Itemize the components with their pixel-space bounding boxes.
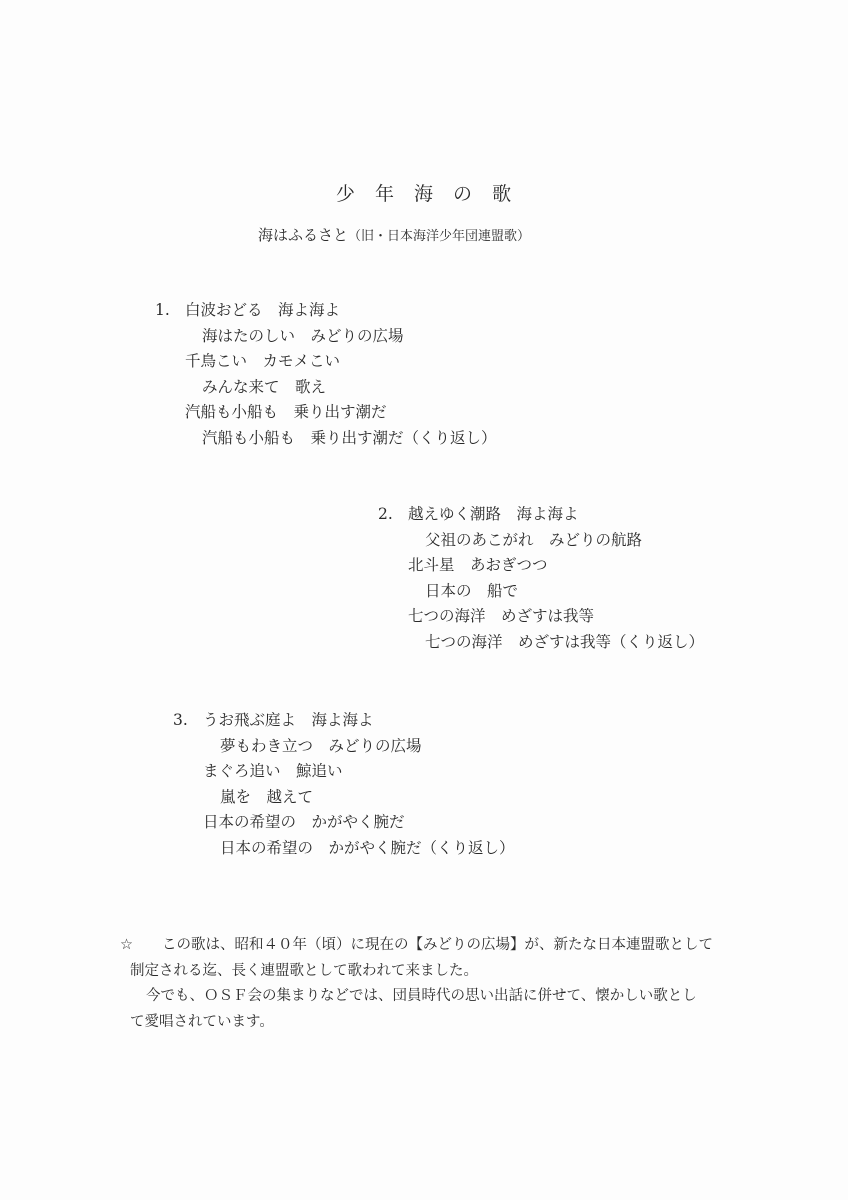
- verse-line: 嵐を 越えて: [173, 785, 515, 811]
- verse-line: 汽船も小船も 乗り出す潮だ: [155, 400, 497, 426]
- verse-line: 父祖のあこがれ みどりの航路: [378, 528, 704, 554]
- verse-line: 七つの海洋 めざすは我等（くり返し）: [378, 630, 704, 656]
- verse-line: 汽船も小船も 乗り出す潮だ（くり返し）: [155, 426, 497, 452]
- song-subtitle: 海はふるさと（旧・日本海洋少年団連盟歌）: [258, 224, 530, 245]
- song-title: 少 年 海 の 歌: [0, 179, 848, 206]
- verse-line: 2.越えゆく潮路 海よ海よ: [378, 502, 704, 528]
- document-page: 少 年 海 の 歌 海はふるさと（旧・日本海洋少年団連盟歌） 1.白波おどる 海…: [0, 0, 848, 1200]
- verse-line: みんな来て 歌え: [155, 375, 497, 401]
- note-line: て愛唱されています。: [120, 1010, 740, 1036]
- note-line: ☆この歌は、昭和４０年（頃）に現在の【みどりの広場】が、新たな日本連盟歌として: [120, 933, 740, 959]
- verse-line: 七つの海洋 めざすは我等: [378, 604, 704, 630]
- verse-line: 北斗星 あおぎつつ: [378, 553, 704, 579]
- verse-line: 3.うお飛ぶ庭よ 海よ海よ: [173, 708, 515, 734]
- star-icon: ☆: [120, 933, 150, 959]
- verse-number: 1.: [155, 298, 185, 324]
- verse-line: 日本の希望の かがやく腕だ（くり返し）: [173, 836, 515, 862]
- verse-3: 3.うお飛ぶ庭よ 海よ海よ 夢もわき立つ みどりの広場 まぐろ追い 鯨追い 嵐を…: [173, 708, 515, 861]
- verse-line: 海はたのしい みどりの広場: [155, 324, 497, 350]
- verse-number: 2.: [378, 502, 408, 528]
- verse-1: 1.白波おどる 海よ海よ 海はたのしい みどりの広場 千鳥こい カモメこい みん…: [155, 298, 497, 451]
- subtitle-note: （旧・日本海洋少年団連盟歌）: [348, 229, 530, 244]
- verse-line: 千鳥こい カモメこい: [155, 349, 497, 375]
- note-line: 今でも、ＯＳＦ会の集まりなどでは、団員時代の思い出話に併せて、懐かしい歌とし: [120, 984, 740, 1010]
- verse-line: 日本の希望の かがやく腕だ: [173, 810, 515, 836]
- note-line: 制定される迄、長く連盟歌として歌われて来ました。: [120, 959, 740, 985]
- verse-line: まぐろ追い 鯨追い: [173, 759, 515, 785]
- verse-line: 日本の 船で: [378, 579, 704, 605]
- verse-line: 夢もわき立つ みどりの広場: [173, 734, 515, 760]
- verse-line: 1.白波おどる 海よ海よ: [155, 298, 497, 324]
- subtitle-main: 海はふるさと: [258, 226, 348, 244]
- verse-2: 2.越えゆく潮路 海よ海よ 父祖のあこがれ みどりの航路 北斗星 あおぎつつ 日…: [378, 502, 704, 655]
- history-note: ☆この歌は、昭和４０年（頃）に現在の【みどりの広場】が、新たな日本連盟歌として …: [120, 933, 740, 1035]
- verse-number: 3.: [173, 708, 203, 734]
